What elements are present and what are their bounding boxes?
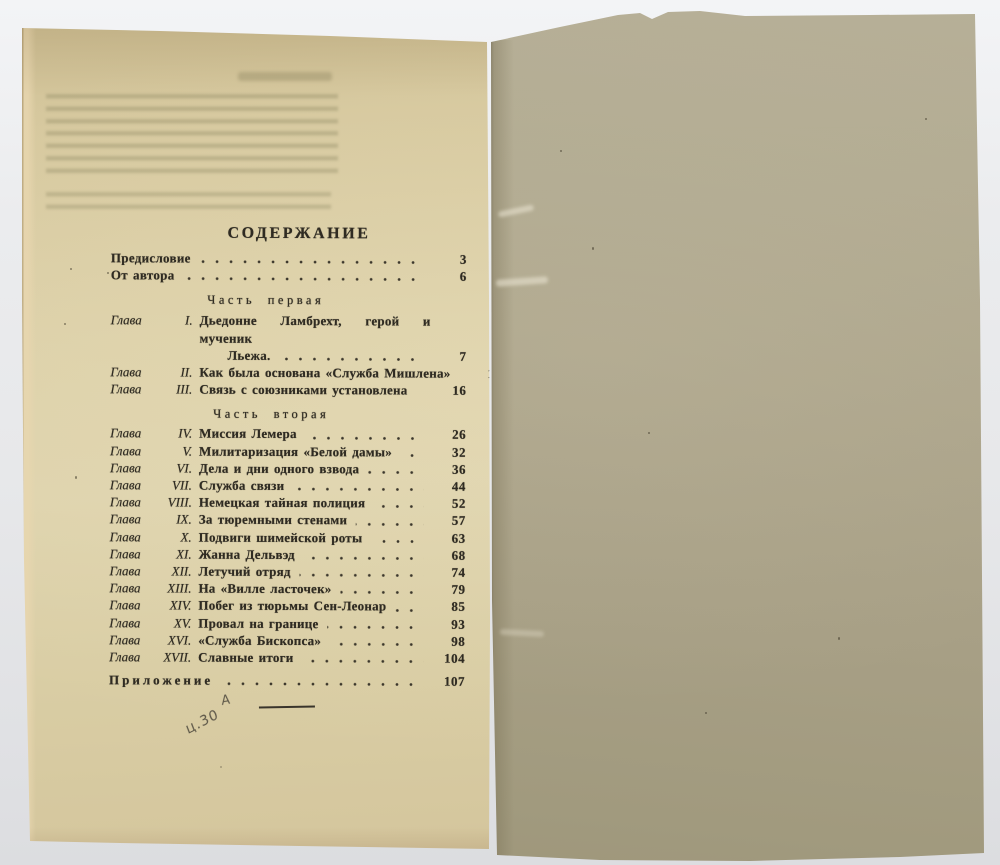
page-number: 36: [430, 460, 466, 477]
page-number: 7: [430, 347, 466, 364]
table-of-contents: СОДЕРЖАНИЕ Предисловие 3 От автора 6 Час…: [109, 223, 467, 709]
toc-row: ГлаваI.Дьедонне Ламбрехт, герой и мучени…: [111, 312, 467, 348]
chapter-numeral: V.: [156, 442, 192, 459]
page-number: 26: [430, 426, 466, 443]
chapter-label: Глава: [110, 442, 156, 459]
toc-row: ГлаваIV.Миссия Лемера26: [110, 425, 466, 444]
chapter-label: Глава: [110, 493, 156, 510]
chapter-numeral: IX.: [156, 511, 192, 528]
chapter-numeral: X.: [156, 528, 192, 545]
toc-title: СОДЕРЖАНИЕ: [111, 223, 467, 245]
chapter-numeral: VI.: [156, 459, 192, 476]
part1-rows: ГлаваI.Дьедонне Ламбрехт, герой и мучени…: [110, 312, 466, 400]
show-through-text: [46, 94, 338, 180]
chapter-title: Как была основана «Служба Мишлена»: [199, 364, 450, 382]
toc-row: ГлаваXV.Провал на границе93: [109, 614, 465, 633]
page-number: 93: [429, 615, 465, 632]
chapter-numeral: XII.: [156, 562, 192, 579]
chapter-label: Глава: [109, 631, 155, 648]
paper-speck: [560, 150, 562, 152]
chapter-title: Славные итоги: [198, 649, 293, 667]
toc-row: ГлаваXVII.Славные итоги104: [109, 648, 465, 667]
paper-speck: [705, 712, 707, 714]
page-number: 68: [430, 546, 466, 563]
chapter-label: Глава: [109, 614, 155, 631]
chapter-title: Дьедонне Ламбрехт, герой и мученик: [200, 312, 431, 347]
page-number: 3: [431, 251, 467, 268]
paper-speck: [107, 272, 109, 274]
page-number: 107: [429, 673, 465, 690]
chapter-title: Летучий отряд: [199, 563, 291, 581]
page-number: 6: [431, 268, 467, 285]
chapter-title: Льежа.: [227, 347, 270, 364]
divider-rule: [259, 706, 315, 709]
dot-leader: [279, 356, 424, 363]
chapter-title: На «Вилле ласточек»: [198, 580, 331, 598]
page-number: 57: [430, 512, 466, 529]
toc-row: ГлаваIX.За тюремными стенами57: [110, 511, 466, 530]
part-heading: Часть первая: [111, 293, 467, 309]
gutter-shadow: [488, 40, 514, 857]
page-number: 74: [430, 564, 466, 581]
dot-leader: [330, 641, 423, 647]
dot-leader: [222, 681, 423, 688]
toc-row: ГлаваX.Подвиги шимейской роты63: [110, 528, 466, 547]
show-through-text: [46, 192, 331, 215]
entry-title: От автора: [111, 266, 175, 283]
dot-leader: [304, 555, 424, 562]
chapter-title: Служба связи: [199, 477, 285, 495]
paper-speck: [220, 766, 222, 768]
toc-row: ГлаваVI.Дела и дни одного взвода36: [110, 459, 466, 478]
chapter-label: Глава: [110, 528, 156, 545]
chapter-title: Миссия Лемера: [199, 425, 297, 443]
page-number: 85: [429, 598, 465, 615]
page-number: 52: [430, 495, 466, 512]
toc-row: ГлаваXIII.На «Вилле ласточек»79: [109, 579, 465, 598]
chapter-title: За тюремными стенами: [199, 511, 348, 529]
chapter-label: Глава: [109, 597, 155, 614]
chapter-label: Глава: [109, 579, 155, 596]
entry-title: Предисловие: [111, 249, 191, 267]
dot-leader: [328, 624, 424, 630]
part-heading: Часть вторая: [110, 407, 466, 423]
chapter-numeral: XIII.: [155, 580, 191, 597]
chapter-label: Глава: [109, 648, 155, 665]
toc-row: ГлаваVII.Служба связи44: [110, 476, 466, 495]
chapter-label: Глава: [110, 425, 156, 442]
dot-leader: [293, 486, 424, 493]
toc-row: От автора 6: [111, 266, 467, 285]
chapter-label: Глава: [111, 312, 157, 329]
chapter-title: Немецкая тайная полиция: [199, 494, 366, 512]
chapter-title: Дела и дни одного взвода: [199, 459, 359, 477]
dot-leader: [306, 435, 424, 442]
dot-leader: [374, 504, 424, 510]
chapter-numeral: IV.: [156, 425, 192, 442]
show-through-text: [238, 72, 332, 81]
chapter-numeral: II.: [156, 363, 192, 380]
page-number: 16: [430, 382, 466, 399]
dot-leader: [401, 452, 424, 458]
chapter-title: «Служба Бископса»: [198, 631, 321, 649]
chapter-label: Глава: [110, 380, 156, 397]
dot-leader: [368, 469, 424, 475]
dot-leader: [356, 521, 424, 527]
toc-row: ГлаваVIII.Немецкая тайная полиция52: [110, 493, 466, 512]
chapter-label: Глава: [110, 562, 156, 579]
chapter-numeral: XVI.: [155, 631, 191, 648]
dot-leader: [371, 538, 423, 544]
entry-title: Приложение: [109, 671, 213, 689]
chapter-numeral: I.: [157, 312, 193, 329]
chapter-numeral: XI.: [156, 545, 192, 562]
page-fore-edge: [22, 27, 36, 851]
appendix-row: Приложение 107: [109, 671, 465, 690]
page-number: 44: [430, 478, 466, 495]
paper-speck: [925, 118, 927, 120]
chapter-numeral: XVII.: [155, 648, 191, 665]
chapter-label: Глава: [110, 545, 156, 562]
chapter-numeral: XV.: [155, 614, 191, 631]
toc-row: ГлаваXI.Жанна Дельвэд68: [110, 545, 466, 564]
dot-leader: [417, 391, 425, 397]
dot-leader: [300, 572, 424, 579]
toc-row: ГлаваV.Милитаризация «Белой дамы»32: [110, 442, 466, 461]
page-number: 104: [429, 650, 465, 667]
page-number: 63: [430, 529, 466, 546]
toc-row: ГлаваXII.Летучий отряд74: [110, 562, 466, 581]
chapter-title: Побег из тюрьмы Сен-Леонар: [198, 597, 386, 615]
toc-row: ГлаваII.Как была основана «Служба Мишлен…: [110, 363, 466, 382]
chapter-title: Провал на границе: [198, 614, 318, 632]
chapter-title: Жанна Дельвэд: [199, 545, 295, 563]
stamp-letter: А: [220, 692, 231, 709]
toc-row-continuation: Льежа.7: [110, 346, 466, 365]
chapter-title: Связь с союзниками установлена: [199, 381, 407, 399]
dot-leader: [200, 259, 425, 266]
paper-speck: [592, 247, 594, 250]
part2-rows: ГлаваIV.Миссия Лемера26ГлаваV.Милитариза…: [109, 425, 466, 667]
chapter-numeral: VIII.: [156, 494, 192, 511]
book-photo: СОДЕРЖАНИЕ Предисловие 3 От автора 6 Час…: [0, 0, 1000, 865]
paper-speck: [75, 476, 77, 479]
paper-speck: [70, 268, 72, 270]
dot-leader: [184, 276, 425, 283]
chapter-numeral: III.: [156, 381, 192, 398]
chapter-title: Подвиги шимейской роты: [199, 528, 363, 546]
chapter-numeral: XIV.: [155, 597, 191, 614]
toc-row: ГлаваXIV.Побег из тюрьмы Сен-Леонар85: [109, 597, 465, 616]
dot-leader: [341, 590, 424, 596]
chapter-label: Глава: [110, 363, 156, 380]
paper-speck: [838, 637, 840, 640]
page-number: 32: [430, 443, 466, 460]
paper-speck: [648, 432, 650, 434]
price-mark: ц.30: [184, 707, 222, 738]
chapter-label: Глава: [110, 476, 156, 493]
chapter-label: Глава: [110, 511, 156, 528]
dot-leader: [302, 658, 423, 665]
dot-leader: [395, 607, 423, 613]
page-number: 98: [429, 632, 465, 649]
chapter-numeral: VII.: [156, 476, 192, 493]
toc-row: ГлаваIII.Связь с союзниками установлена1…: [110, 380, 466, 399]
toc-row: ГлаваXVI.«Служба Бископса»98: [109, 631, 465, 650]
page-number: 79: [429, 581, 465, 598]
chapter-title: Милитаризация «Белой дамы»: [199, 442, 392, 460]
front-matter-rows: Предисловие 3 От автора 6: [111, 249, 467, 285]
chapter-label: Глава: [110, 459, 156, 476]
toc-row: Предисловие 3: [111, 249, 467, 268]
paper-speck: [64, 323, 66, 325]
